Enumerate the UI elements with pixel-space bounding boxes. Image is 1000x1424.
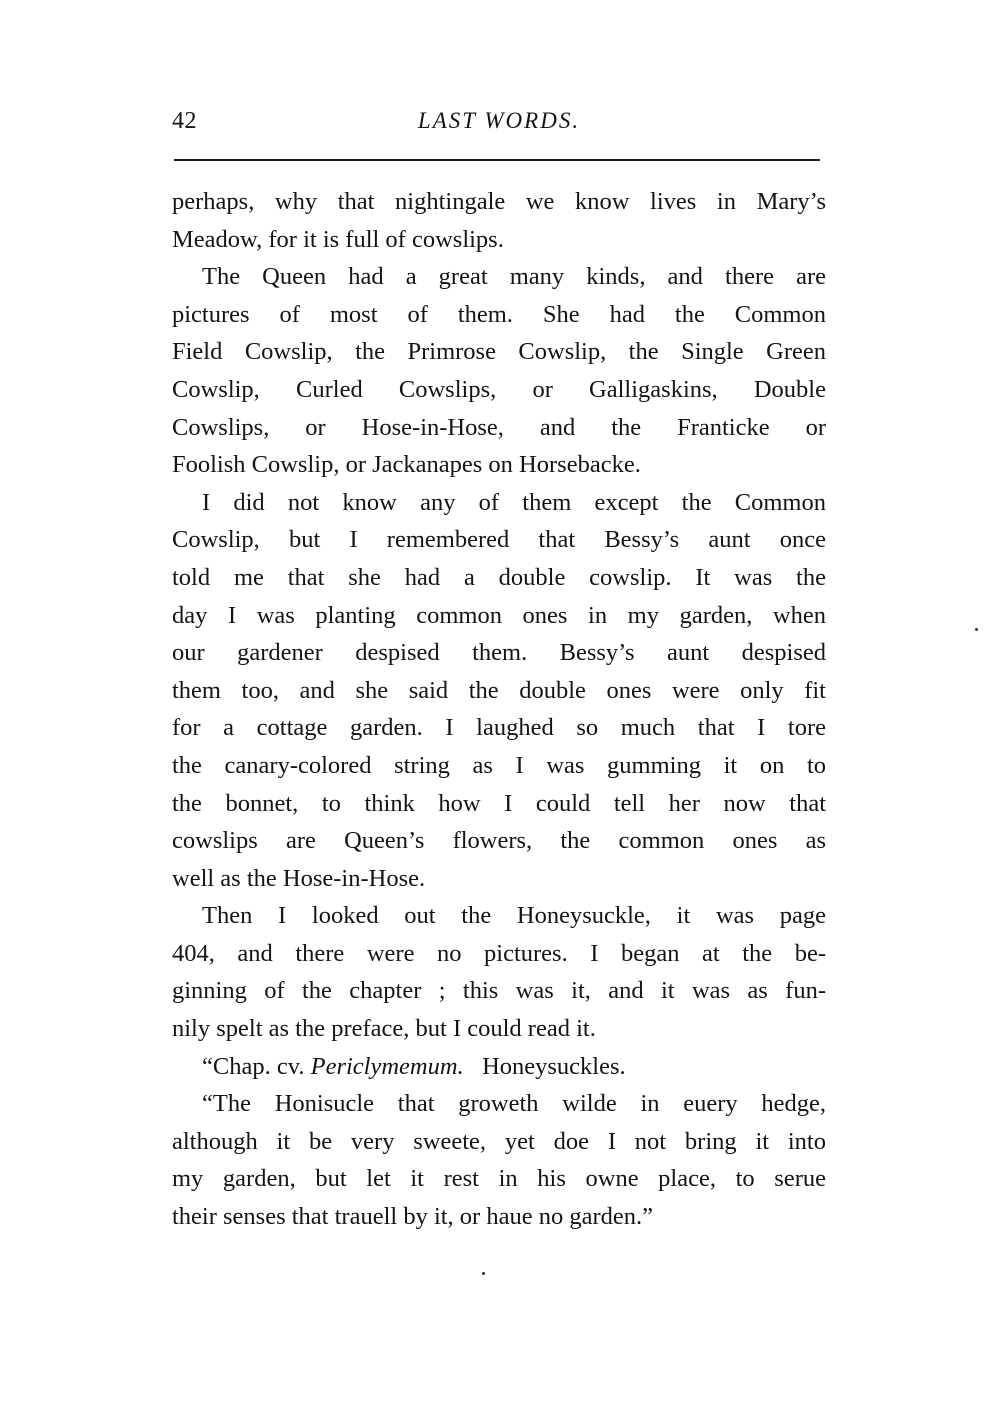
text-line: 404, and there were no pictures. I began… xyxy=(172,935,826,973)
chapter-suffix: Honeysuckles. xyxy=(464,1053,626,1080)
text-line: well as the Hose-in-Hose. xyxy=(172,860,826,898)
paragraph-3: I did not know any of them except the Co… xyxy=(172,484,826,898)
text-line: Cowslip, Curled Cowslips, or Galligaskin… xyxy=(172,371,826,409)
text-line: nily spelt as the preface, but I could r… xyxy=(172,1010,826,1048)
text-line: Foolish Cowslip, or Jackanapes on Horseb… xyxy=(172,446,826,484)
running-title: LAST WORDS. xyxy=(172,108,826,134)
book-page: 42 LAST WORDS. perhaps, why that nightin… xyxy=(172,104,826,140)
text-line: Cowslip, but I remembered that Bessy’s a… xyxy=(172,521,826,559)
quoted-paragraph: “The Honisucle that groweth wilde in eue… xyxy=(172,1085,826,1235)
text-line: my garden, but let it rest in his owne p… xyxy=(172,1160,826,1198)
text-line: Then I looked out the Honeysuckle, it wa… xyxy=(172,897,826,935)
latin-plant-name: Periclymemum. xyxy=(311,1053,464,1080)
chapter-heading-quote: “Chap. cv. Periclymemum. Honeysuckles. xyxy=(172,1048,826,1086)
text-line: for a cottage garden. I laughed so much … xyxy=(172,709,826,747)
text-line: told me that she had a double cowslip. I… xyxy=(172,559,826,597)
text-line: Field Cowslip, the Primrose Cowslip, the… xyxy=(172,333,826,371)
text-line: I did not know any of them except the Co… xyxy=(172,484,826,522)
running-head: 42 LAST WORDS. xyxy=(172,104,826,140)
paragraph-1: perhaps, why that nightingale we know li… xyxy=(172,183,826,258)
scan-speck xyxy=(482,1272,485,1275)
text-line: The Queen had a great many kinds, and th… xyxy=(172,258,826,296)
text-line: “The Honisucle that groweth wilde in eue… xyxy=(172,1085,826,1123)
text-line: them too, and she said the double ones w… xyxy=(172,672,826,710)
scan-speck xyxy=(975,628,978,631)
text-line: their senses that trauell by it, or haue… xyxy=(172,1198,826,1236)
header-rule-divider xyxy=(174,159,820,161)
text-line: Meadow, for it is full of cowslips. xyxy=(172,221,826,259)
text-line: perhaps, why that nightingale we know li… xyxy=(172,183,826,221)
text-line: the canary-colored string as I was gummi… xyxy=(172,747,826,785)
text-line: Cowslips, or Hose-in-Hose, and the Frant… xyxy=(172,409,826,447)
text-line: cowslips are Queen’s flowers, the common… xyxy=(172,822,826,860)
text-line: day I was planting common ones in my gar… xyxy=(172,597,826,635)
body-text: perhaps, why that nightingale we know li… xyxy=(172,183,826,1236)
text-line: ginning of the chapter ; this was it, an… xyxy=(172,972,826,1010)
chapter-prefix: “Chap. cv. xyxy=(202,1053,311,1080)
text-line: our gardener despised them. Bessy’s aunt… xyxy=(172,634,826,672)
text-line: although it be very sweete, yet doe I no… xyxy=(172,1123,826,1161)
text-line: “Chap. cv. Periclymemum. Honeysuckles. xyxy=(172,1048,826,1086)
text-line: the bonnet, to think how I could tell he… xyxy=(172,785,826,823)
paragraph-4: Then I looked out the Honeysuckle, it wa… xyxy=(172,897,826,1047)
paragraph-2: The Queen had a great many kinds, and th… xyxy=(172,258,826,484)
text-line: pictures of most of them. She had the Co… xyxy=(172,296,826,334)
